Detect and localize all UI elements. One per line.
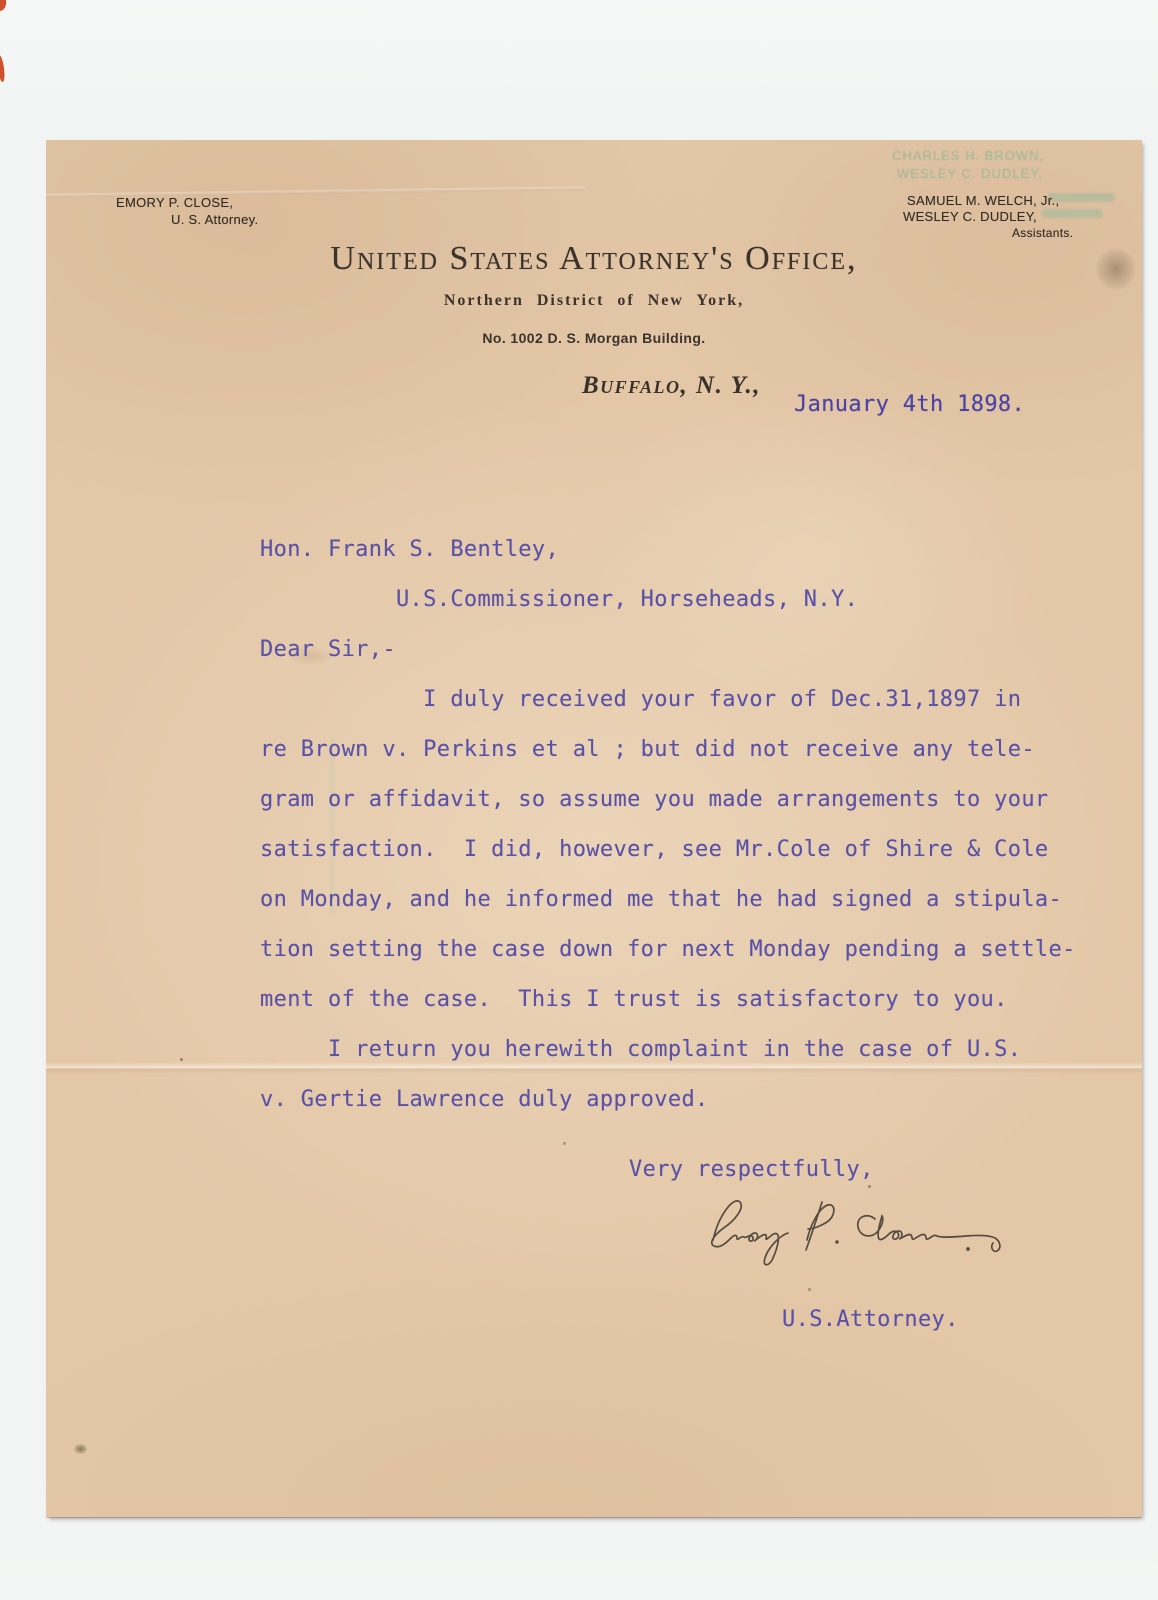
speck-3	[180, 1058, 183, 1061]
ghost-stamp-line2: WESLEY C. DUDLEY,	[897, 166, 1043, 181]
assistants-label: Assistants.	[1012, 226, 1073, 240]
speck-4	[563, 1142, 566, 1145]
building-address: No. 1002 D. S. Morgan Building.	[46, 330, 1142, 346]
attorney-title: U. S. Attorney.	[171, 212, 258, 227]
signer-title: U.S.Attorney.	[782, 1307, 959, 1332]
speck-2	[808, 1288, 811, 1291]
district-line: Northern District of New York,	[46, 292, 1142, 310]
typed-date: January 4th 1898.	[794, 392, 1025, 417]
place-line: Buffalo, N. Y.,	[582, 372, 761, 400]
ghost-stamp-fragment-2	[1042, 209, 1102, 218]
red-edge-mark-lower	[0, 55, 6, 83]
closing-line: Very respectfully,	[629, 1157, 874, 1182]
ink-spot-bottom-left	[74, 1444, 87, 1454]
letter-paper: CHARLES H. BROWN, WESLEY C. DUDLEY, EMOR…	[46, 140, 1142, 1517]
office-title: United States Attorney's Office,	[46, 240, 1142, 278]
assistant-name-2: WESLEY C. DUDLEY,	[903, 209, 1037, 224]
ghost-stamp-line1: CHARLES H. BROWN,	[892, 148, 1044, 163]
letter-body: Hon. Frank S. Bentley, U.S.Commissioner,…	[260, 525, 1076, 1125]
signature	[701, 1188, 1051, 1286]
scanned-letter-page: { "letterhead": { "attorney": { "name": …	[0, 0, 1158, 1600]
red-edge-mark-top	[0, 0, 8, 12]
signature-drawing	[701, 1188, 1051, 1286]
attorney-name: EMORY P. CLOSE,	[116, 195, 233, 210]
assistant-name-1: SAMUEL M. WELCH, Jr.,	[907, 193, 1059, 208]
